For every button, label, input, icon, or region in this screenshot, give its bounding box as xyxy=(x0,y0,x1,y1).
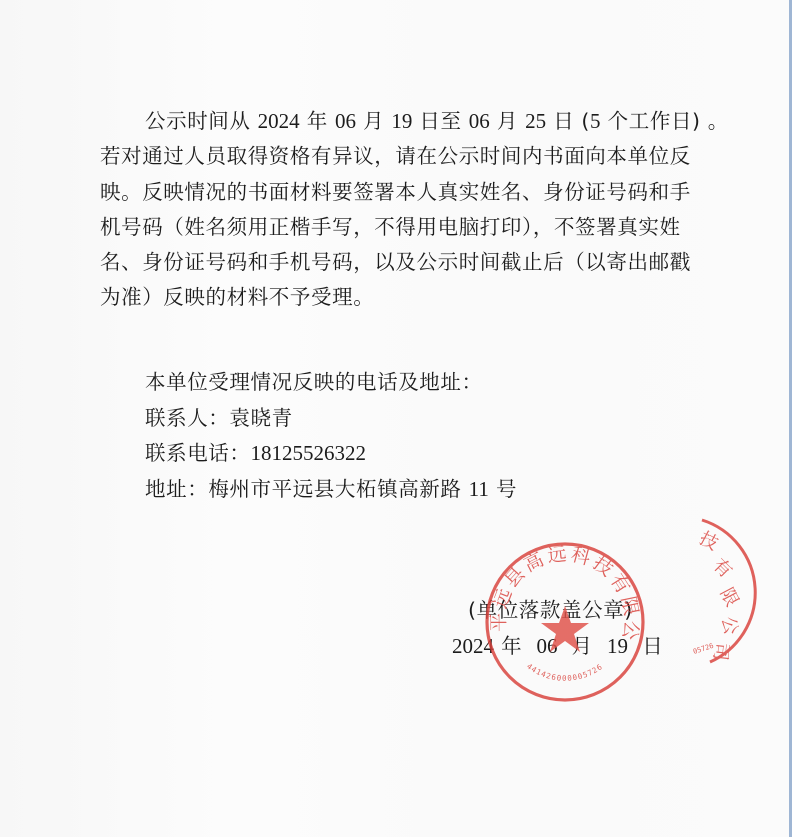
contact-person-value: 袁晓青 xyxy=(229,406,292,430)
end-month: 06 xyxy=(469,109,490,133)
date-day: 19 xyxy=(607,634,628,658)
text: 公示时间从 xyxy=(145,109,258,133)
start-year: 2024 xyxy=(258,109,300,133)
seal-note: (单位落款盖公章) xyxy=(452,592,652,628)
paragraph-line-1: 公示时间从 2024 年 06 月 19 日至 06 月 25 日 (5 个工作… xyxy=(100,104,700,139)
text: 个工作日) 。 xyxy=(601,109,729,133)
contact-phone-value: 18125526322 xyxy=(251,441,367,465)
end-day: 25 xyxy=(525,109,546,133)
text: 年 xyxy=(300,109,335,133)
contact-address-suffix: 号 xyxy=(489,477,517,501)
signature-block: (单位落款盖公章) 2024 年 06 月 19 日 xyxy=(452,592,652,664)
date-year: 2024 xyxy=(452,634,494,658)
contact-phone-label: 联系电话： xyxy=(145,441,251,465)
start-month: 06 xyxy=(335,109,356,133)
paragraph-line-2: 若对通过人员取得资格有异议，请在公示时间内书面向本单位反 xyxy=(100,139,700,174)
contact-address-value: 梅州市平远县大柘镇高新路 xyxy=(208,477,461,501)
text: 日至 xyxy=(412,109,468,133)
contact-address-number: 11 xyxy=(469,477,489,501)
paragraph-line-6: 为准）反映的材料不予受理。 xyxy=(100,280,700,315)
signature-date: 2024 年 06 月 19 日 xyxy=(452,628,652,664)
text: 月 xyxy=(356,109,391,133)
text: 日 ( xyxy=(546,109,590,133)
paragraph-line-5: 名、身份证号码和手机号码，以及公示时间截止后（以寄出邮戳 xyxy=(100,245,700,280)
contact-address-row: 地址：梅州市平远县大柘镇高新路 11 号 xyxy=(145,472,517,508)
contact-heading: 本单位受理情况反映的电话及地址： xyxy=(145,365,517,401)
contact-phone-row: 联系电话：18125526322 xyxy=(145,436,517,472)
contact-person-row: 联系人：袁晓青 xyxy=(145,401,517,437)
text: 年 xyxy=(494,634,536,658)
text: 日 xyxy=(628,634,663,658)
start-day: 19 xyxy=(391,109,412,133)
contact-address-label: 地址： xyxy=(145,477,208,501)
paragraph-line-3: 映。反映情况的书面材料要签署本人真实姓名、身份证号码和手 xyxy=(100,175,700,210)
workdays-count: 5 xyxy=(590,109,601,133)
paragraph-line-4: 机号码（姓名须用正楷手写，不得用电脑打印），不签署真实姓 xyxy=(100,210,700,245)
date-month: 06 xyxy=(536,634,557,658)
announcement-paragraph: 公示时间从 2024 年 06 月 19 日至 06 月 25 日 (5 个工作… xyxy=(100,104,700,316)
contact-person-label: 联系人： xyxy=(145,406,229,430)
text: 月 xyxy=(557,634,607,658)
text: 月 xyxy=(490,109,525,133)
contact-block: 本单位受理情况反映的电话及地址： 联系人：袁晓青 联系电话：1812552632… xyxy=(145,365,517,507)
